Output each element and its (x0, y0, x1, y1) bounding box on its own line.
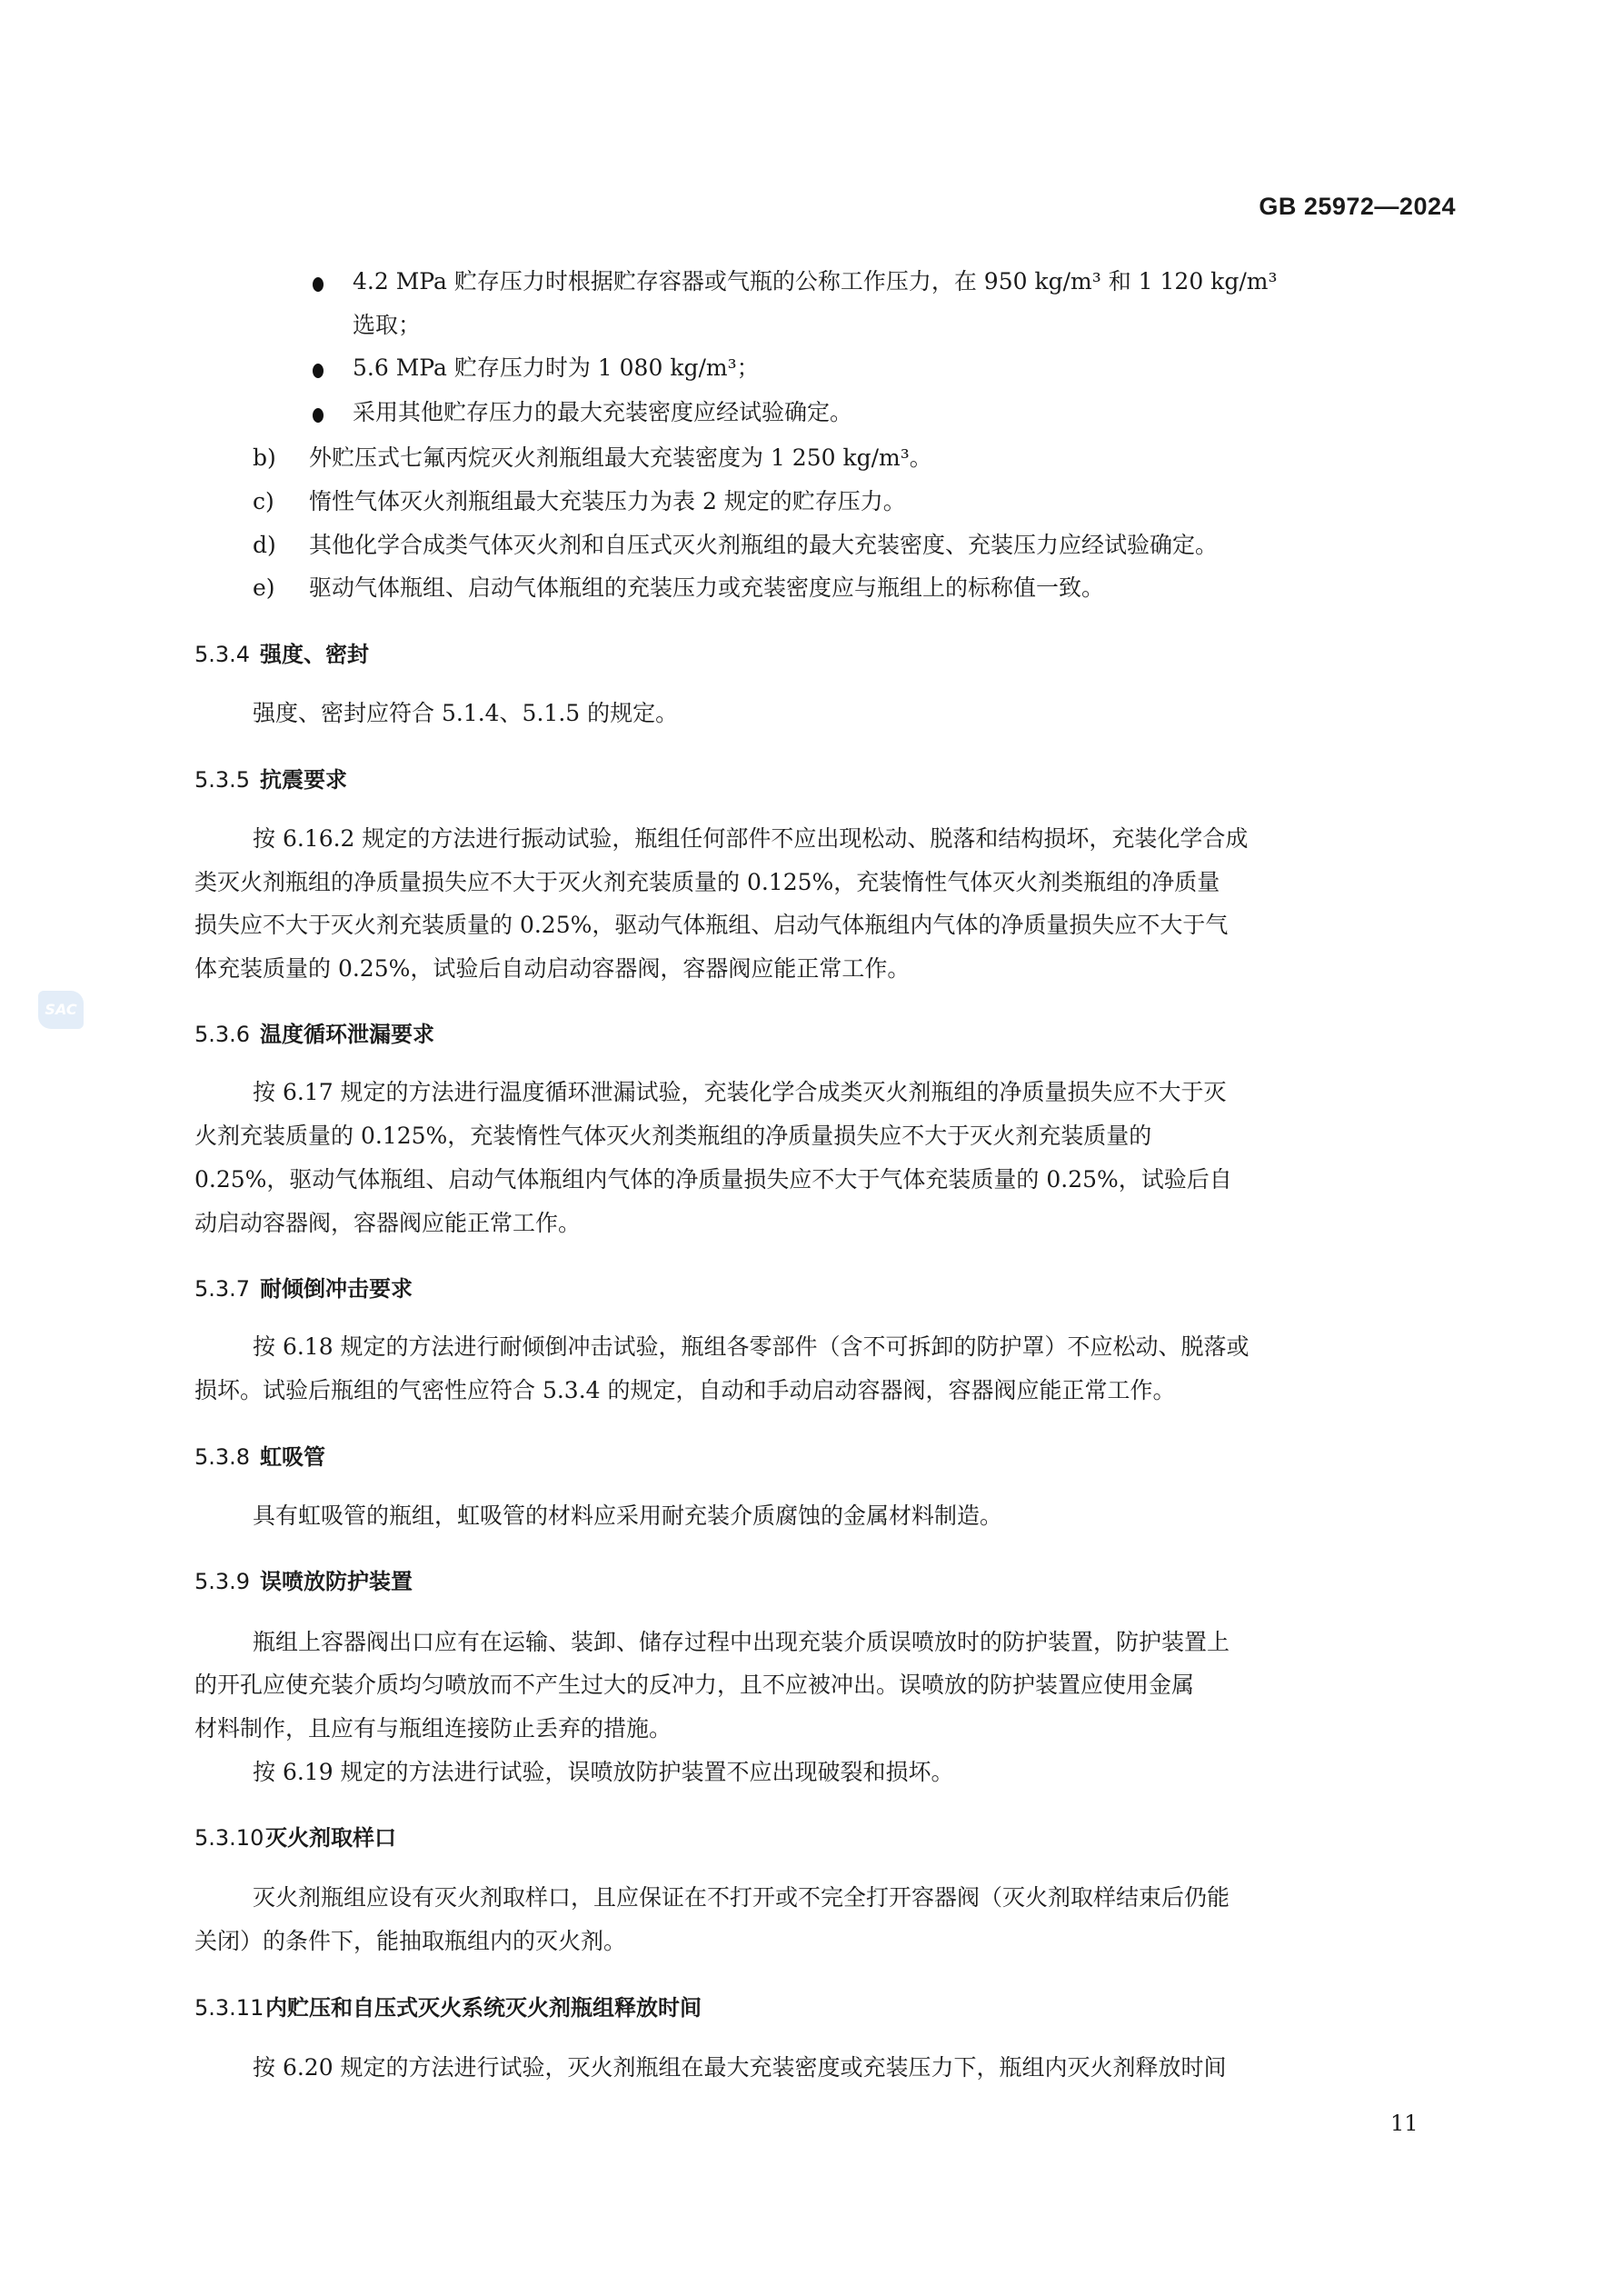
section-number: 5.3.10 (194, 1825, 265, 1851)
list-item-text: 外贮压式七氟丙烷灭火剂瓶组最大充装密度为 1 250 kg/m³。 (309, 443, 932, 474)
section-title: 耐倾倒冲击要求 (260, 1276, 413, 1302)
section-number: 5.3.8 (194, 1444, 260, 1470)
paragraph-line: 体充装质量的 0.25%，试验后自动启动容器阀，容器阀应能正常工作。 (194, 953, 910, 984)
paragraph-line: 灭火剂瓶组应设有灭火剂取样口，且应保证在不打开或不完全打开容器阀（灭火剂取样结束… (253, 1882, 1230, 1913)
section-number: 5.3.7 (194, 1276, 260, 1302)
paragraph-line: 关闭）的条件下，能抽取瓶组内的灭火剂。 (194, 1926, 626, 1957)
paragraph-line: 强度、密封应符合 5.1.4、5.1.5 的规定。 (253, 698, 678, 729)
section-title: 误喷放防护装置 (260, 1569, 413, 1594)
sac-watermark-logo: SAC (38, 991, 84, 1029)
bullet-icon (313, 277, 324, 292)
bullet-icon (313, 364, 324, 378)
paragraph-line: 损失应不大于灭火剂充装质量的 0.25%，驱动气体瓶组、启动气体瓶组内气体的净质… (194, 910, 1228, 941)
section-title: 虹吸管 (260, 1444, 325, 1470)
paragraph-line: 具有虹吸管的瓶组，虹吸管的材料应采用耐充装介质腐蚀的金属材料制造。 (253, 1501, 1002, 1532)
section-heading: 5.3.5抗震要求 (194, 762, 347, 794)
section-number: 5.3.6 (194, 1022, 260, 1047)
page-number: 11 (1390, 2111, 1419, 2136)
list-item-text: 其他化学合成类气体灭火剂和自压式灭火剂瓶组的最大充装密度、充装压力应经试验确定。 (309, 530, 1218, 561)
section-heading: 5.3.9误喷放防护装置 (194, 1563, 413, 1595)
bullet-text: 采用其他贮存压力的最大充装密度应经试验确定。 (353, 397, 852, 428)
list-marker: d) (253, 530, 276, 561)
paragraph-line: 按 6.17 规定的方法进行温度循环泄漏试验，充装化学合成类灭火剂瓶组的净质量损… (253, 1077, 1227, 1108)
list-marker: e) (253, 573, 275, 604)
bullet-icon (313, 408, 324, 423)
section-number: 5.3.5 (194, 767, 260, 793)
paragraph-line: 的开孔应使充装介质均匀喷放而不产生过大的反冲力，且不应被冲出。误喷放的防护装置应… (194, 1670, 1194, 1701)
section-title: 强度、密封 (260, 642, 369, 667)
paragraph-line: 按 6.19 规定的方法进行试验，误喷放防护装置不应出现破裂和损坏。 (253, 1757, 954, 1788)
section-title: 抗震要求 (260, 767, 347, 793)
section-number: 5.3.4 (194, 642, 260, 667)
section-heading: 5.3.6温度循环泄漏要求 (194, 1016, 434, 1048)
section-title: 温度循环泄漏要求 (260, 1022, 434, 1047)
bullet-text-cont: 选取； (353, 310, 421, 341)
section-title: 内贮压和自压式灭火系统灭火剂瓶组释放时间 (265, 1995, 702, 2021)
paragraph-line: 损坏。试验后瓶组的气密性应符合 5.3.4 的规定，自动和手动启动容器阀，容器阀… (194, 1375, 1176, 1406)
section-heading: 5.3.4强度、密封 (194, 636, 369, 668)
list-marker: c) (253, 486, 274, 517)
section-heading: 5.3.10灭火剂取样口 (194, 1820, 396, 1852)
paragraph-line: 按 6.18 规定的方法进行耐倾倒冲击试验，瓶组各零部件（含不可拆卸的防护罩）不… (253, 1332, 1250, 1363)
paragraph-line: 动启动容器阀，容器阀应能正常工作。 (194, 1208, 581, 1239)
list-item-text: 惰性气体灭火剂瓶组最大充装压力为表 2 规定的贮存压力。 (309, 486, 906, 517)
section-heading: 5.3.7耐倾倒冲击要求 (194, 1271, 413, 1303)
list-marker: b) (253, 443, 276, 474)
bullet-text: 5.6 MPa 贮存压力时为 1 080 kg/m³； (353, 353, 760, 384)
paragraph-line: 火剂充装质量的 0.125%，充装惰性气体灭火剂类瓶组的净质量损失应不大于灭火剂… (194, 1121, 1151, 1152)
paragraph-line: 瓶组上容器阀出口应有在运输、装卸、储存过程中出现充装介质误喷放时的防护装置，防护… (253, 1627, 1230, 1658)
paragraph-line: 按 6.16.2 规定的方法进行振动试验，瓶组任何部件不应出现松动、脱落和结构损… (253, 824, 1248, 854)
paragraph-line: 类灭火剂瓶组的净质量损失应不大于灭火剂充装质量的 0.125%，充装惰性气体灭火… (194, 867, 1220, 898)
section-number: 5.3.11 (194, 1995, 265, 2021)
section-title: 灭火剂取样口 (265, 1825, 396, 1851)
list-item-text: 驱动气体瓶组、启动气体瓶组的充装压力或充装密度应与瓶组上的标称值一致。 (309, 573, 1104, 604)
standard-number-header: GB 25972—2024 (1259, 193, 1456, 221)
section-number: 5.3.9 (194, 1569, 260, 1594)
section-heading: 5.3.8虹吸管 (194, 1439, 325, 1471)
paragraph-line: 0.25%，驱动气体瓶组、启动气体瓶组内气体的净质量损失应不大于气体充装质量的 … (194, 1164, 1232, 1195)
paragraph-line: 按 6.20 规定的方法进行试验，灭火剂瓶组在最大充装密度或充装压力下，瓶组内灭… (253, 2052, 1227, 2083)
paragraph-line: 材料制作，且应有与瓶组连接防止丢弃的措施。 (194, 1713, 672, 1744)
bullet-text: 4.2 MPa 贮存压力时根据贮存容器或气瓶的公称工作压力，在 950 kg/m… (353, 266, 1277, 297)
section-heading: 5.3.11内贮压和自压式灭火系统灭火剂瓶组释放时间 (194, 1990, 702, 2021)
